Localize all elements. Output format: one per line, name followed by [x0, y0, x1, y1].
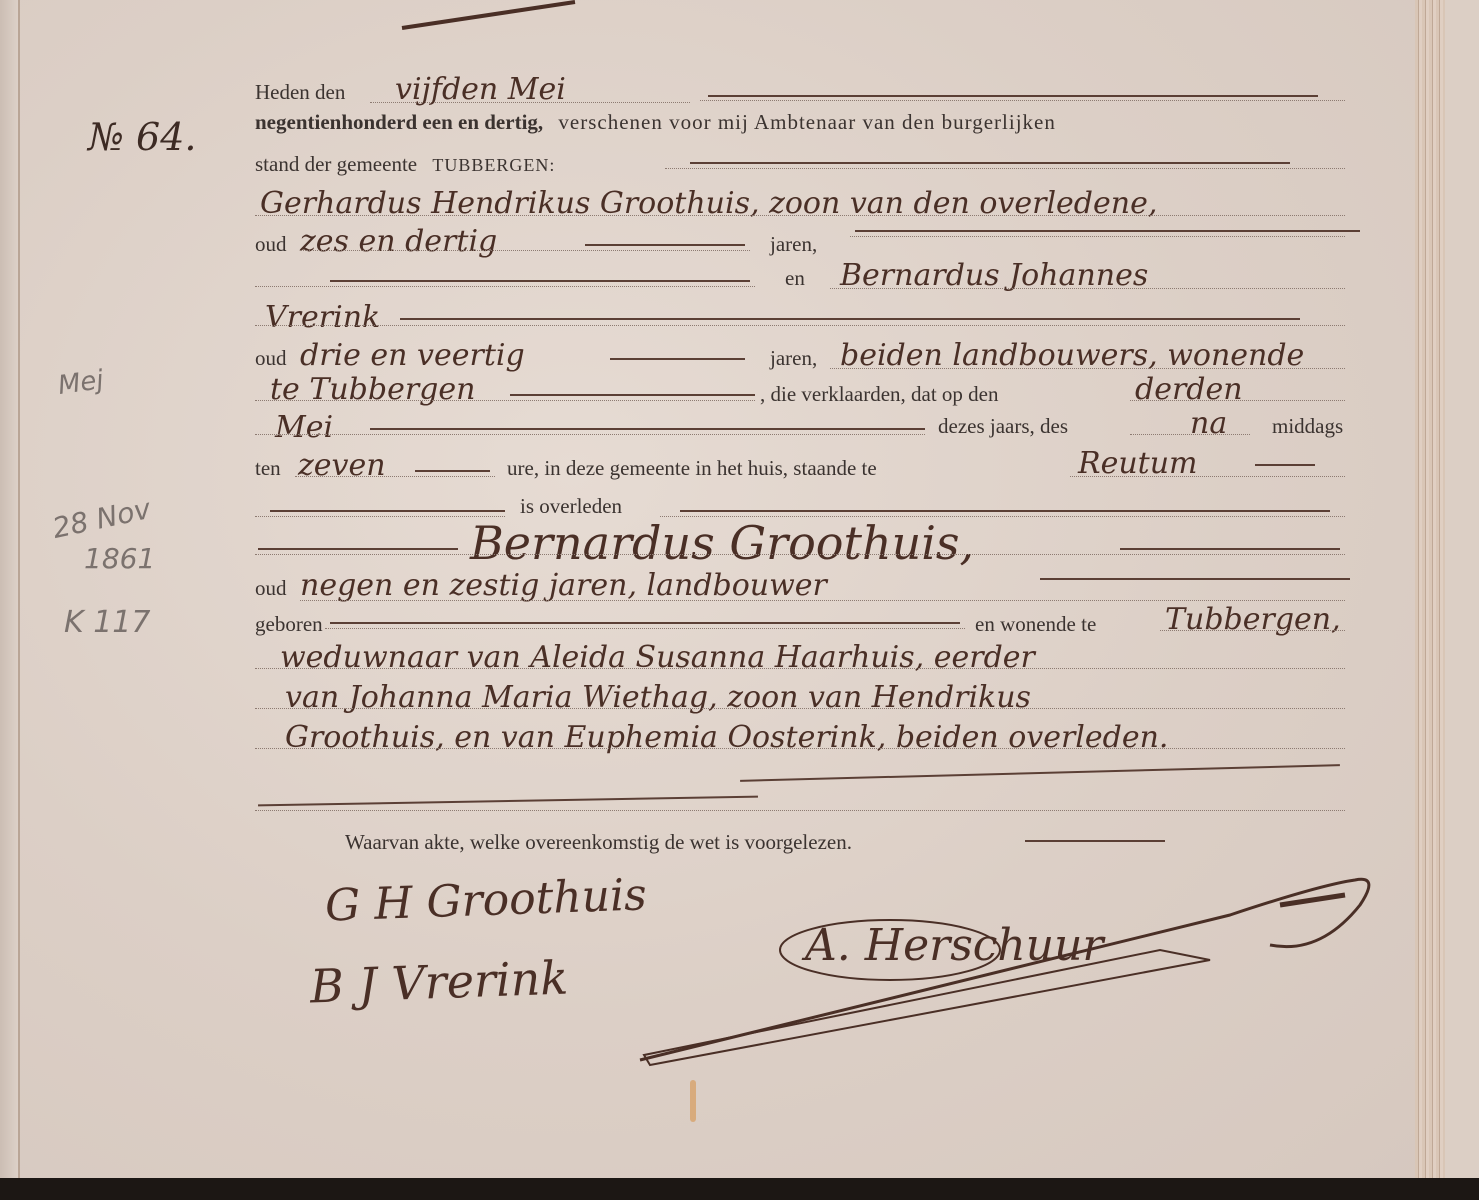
label-ten: ten [255, 456, 281, 481]
label-dezes-jaars: dezes jaars, des [938, 414, 1068, 439]
label-middags: middags [1272, 414, 1343, 439]
ink-stain [690, 1080, 696, 1122]
margin-note-year: 1861 [84, 542, 155, 575]
field-deceased-age-occupation: negen en zestig jaren, landbouwer [300, 568, 827, 603]
previous-record-flourish [400, 0, 580, 35]
printed-verschenen: verschenen voor mij Ambtenaar van den bu… [558, 110, 1055, 134]
field-death-day: derden [1135, 372, 1243, 407]
label-oud-2: oud [255, 346, 287, 371]
closing-statement: Waarvan akte, welke overeenkomstig de we… [345, 830, 852, 855]
printed-year: negentienhonderd een en dertig, [255, 110, 543, 134]
label-en: en [785, 266, 805, 291]
field-death-month: Mei [275, 410, 333, 445]
label-die-verklaarden: , die verklaarden, dat op den [760, 382, 999, 407]
field-day-month: vijfden Mei [395, 72, 566, 107]
book-shadow [0, 1178, 1479, 1200]
field-earlier-spouse-parent: van Johanna Maria Wiethag, zoon van Hend… [285, 680, 1031, 715]
label-oud-3: oud [255, 576, 287, 601]
municipality-name: TUBBERGEN: [432, 155, 555, 175]
printed-year-line: negentienhonderd een en dertig, verschen… [255, 110, 1056, 135]
binding-gutter [0, 0, 20, 1185]
signature-declarant-2: B J Vrerink [309, 951, 569, 1014]
printed-stand-line: stand der gemeente TUBBERGEN: [255, 152, 555, 177]
official-signature-flourish [620, 855, 1380, 1075]
label-jaren-1: jaren, [770, 232, 817, 257]
label-in-het-huis: ure, in deze gemeente in het huis, staan… [507, 456, 877, 481]
background-right [1445, 0, 1479, 1180]
field-deceased-residence: Tubbergen, [1165, 602, 1341, 637]
page-stack-edge [1415, 0, 1445, 1180]
label-geboren: geboren [255, 612, 323, 637]
margin-note-mej: Mej [56, 365, 105, 401]
field-age-declarant-2: drie en veertig [300, 338, 525, 373]
label-oud-1: oud [255, 232, 287, 257]
field-declarants-residence: te Tubbergen [270, 372, 475, 407]
margin-note-ref: K 117 [64, 605, 150, 640]
field-parents: Groothuis, en van Euphemia Oosterink, be… [285, 720, 1168, 755]
label-heden-den: Heden den [255, 80, 345, 105]
record-number: № 64. [88, 115, 196, 159]
label-stand-der-gemeente: stand der gemeente [255, 152, 417, 176]
field-age-declarant-1: zes en dertig [300, 224, 497, 259]
field-time-of-day: na [1190, 406, 1227, 441]
field-deceased-name: Bernardus Groothuis, [470, 516, 974, 570]
label-en-wonende-te: en wonende te [975, 612, 1096, 637]
label-jaren-2: jaren, [770, 346, 817, 371]
field-declarant-2-surname: Vrerink [265, 300, 380, 335]
field-widower-of: weduwnaar van Aleida Susanna Haarhuis, e… [280, 640, 1035, 675]
field-hour: zeven [298, 448, 386, 483]
